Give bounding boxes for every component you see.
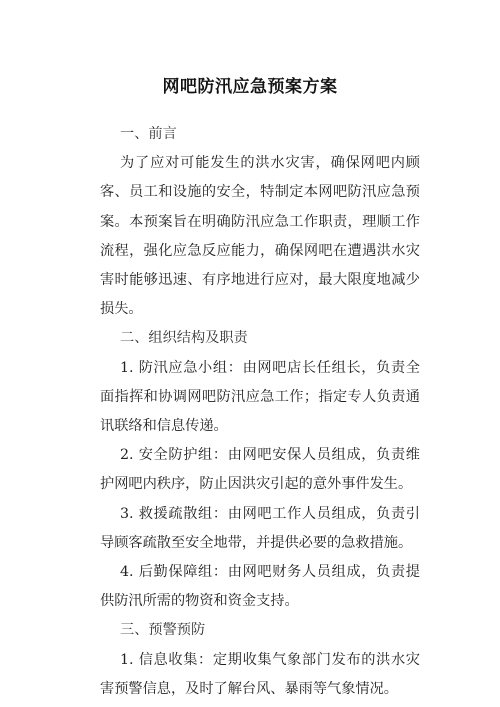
- warning-item-info-collection: 1. 信息收集：定期收集气象部门发布的洪水灾害预警信息，及时了解台风、暴雨等气象…: [100, 646, 420, 704]
- document-page: 网吧防汛应急预案方案 一、前言 为了应对可能发生的洪水灾害，确保网吧内顾客、员工…: [0, 0, 500, 707]
- org-item-flood-team: 1. 防汛应急小组：由网吧店长任组长，负责全面指挥和协调网吧防汛应急工作；指定专…: [100, 354, 420, 442]
- document-title: 网吧防汛应急预案方案: [0, 72, 500, 97]
- org-item-security-team: 2. 安全防护组：由网吧安保人员组成，负责维护网吧内秩序，防止因洪灾引起的意外事…: [100, 441, 420, 499]
- org-item-logistics-team: 4. 后勤保障组：由网吧财务人员组成，负责提供防汛所需的物资和资金支持。: [100, 558, 420, 616]
- section-heading-warning: 三、预警预防: [100, 616, 420, 645]
- preface-paragraph: 为了应对可能发生的洪水灾害，确保网吧内顾客、员工和设施的安全，特制定本网吧防汛应…: [100, 149, 420, 324]
- section-heading-preface: 一、前言: [100, 120, 420, 149]
- document-body: 一、前言 为了应对可能发生的洪水灾害，确保网吧内顾客、员工和设施的安全，特制定本…: [100, 120, 420, 704]
- org-item-rescue-team: 3. 救援疏散组：由网吧工作人员组成，负责引导顾客疏散至安全地带，并提供必要的急…: [100, 500, 420, 558]
- section-heading-organization: 二、组织结构及职责: [100, 324, 420, 353]
